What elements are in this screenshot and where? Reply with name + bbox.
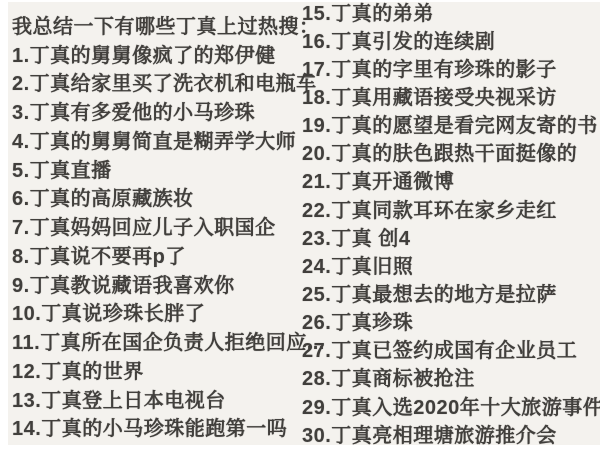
list-item: 3.丁真有多爱他的小马珍珠	[12, 96, 325, 125]
list-item: 12.丁真的世界	[12, 355, 325, 384]
left-items: 1.丁真的舅舅像疯了的郑伊健2.丁真给家里买了洗衣机和电瓶车3.丁真有多爱他的小…	[12, 39, 325, 442]
list-item: 17.丁真的字里有珍珠的影子	[302, 53, 600, 81]
list-item: 8.丁真说不要再p了	[12, 240, 325, 269]
list-item: 7.丁真妈妈回应儿子入职国企	[12, 211, 325, 240]
list-item: 20.丁真的肤色跟热干面挺像的	[302, 138, 600, 166]
list-item: 25.丁真最想去的地方是拉萨	[302, 278, 600, 306]
list-item: 19.丁真的愿望是看完网友寄的书	[302, 110, 600, 138]
list-item: 23.丁真 创4	[302, 222, 600, 250]
list-item: 2.丁真给家里买了洗衣机和电瓶车	[12, 68, 325, 97]
list-item: 22.丁真同款耳环在家乡走红	[302, 194, 600, 222]
list-item: 13.丁真登上日本电视台	[12, 384, 325, 413]
hot-search-list-left-column: 我总结一下有哪些丁真上过热搜： 1.丁真的舅舅像疯了的郑伊健2.丁真给家里买了洗…	[12, 10, 325, 441]
list-intro: 我总结一下有哪些丁真上过热搜：	[12, 10, 325, 39]
list-item: 5.丁真直播	[12, 154, 325, 183]
list-item: 11.丁真所在国企负责人拒绝回应...	[12, 326, 325, 355]
hot-search-list-right-column: 15.丁真的弟弟16.丁真引发的连续剧17.丁真的字里有珍珠的影子18.丁真用藏…	[302, 0, 600, 447]
list-item: 16.丁真引发的连续剧	[302, 25, 600, 53]
list-item: 4.丁真的舅舅简直是糊弄学大师	[12, 125, 325, 154]
list-item: 15.丁真的弟弟	[302, 0, 600, 25]
list-item: 14.丁真的小马珍珠能跑第一吗	[12, 413, 325, 442]
list-item: 21.丁真开通微博	[302, 166, 600, 194]
list-item: 29.丁真入选2020年十大旅游事件	[302, 391, 600, 419]
list-item: 10.丁真说珍珠长胖了	[12, 298, 325, 327]
list-item: 9.丁真教说藏语我喜欢你	[12, 269, 325, 298]
list-item: 18.丁真用藏语接受央视采访	[302, 81, 600, 109]
list-item: 30.丁真亮相理塘旅游推介会	[302, 419, 600, 447]
list-item: 26.丁真珍珠	[302, 307, 600, 335]
list-item: 6.丁真的高原藏族妆	[12, 183, 325, 212]
list-item: 28.丁真商标被抢注	[302, 363, 600, 391]
list-item: 1.丁真的舅舅像疯了的郑伊健	[12, 39, 325, 68]
list-item: 24.丁真旧照	[302, 250, 600, 278]
list-item: 27.丁真已签约成国有企业员工	[302, 335, 600, 363]
